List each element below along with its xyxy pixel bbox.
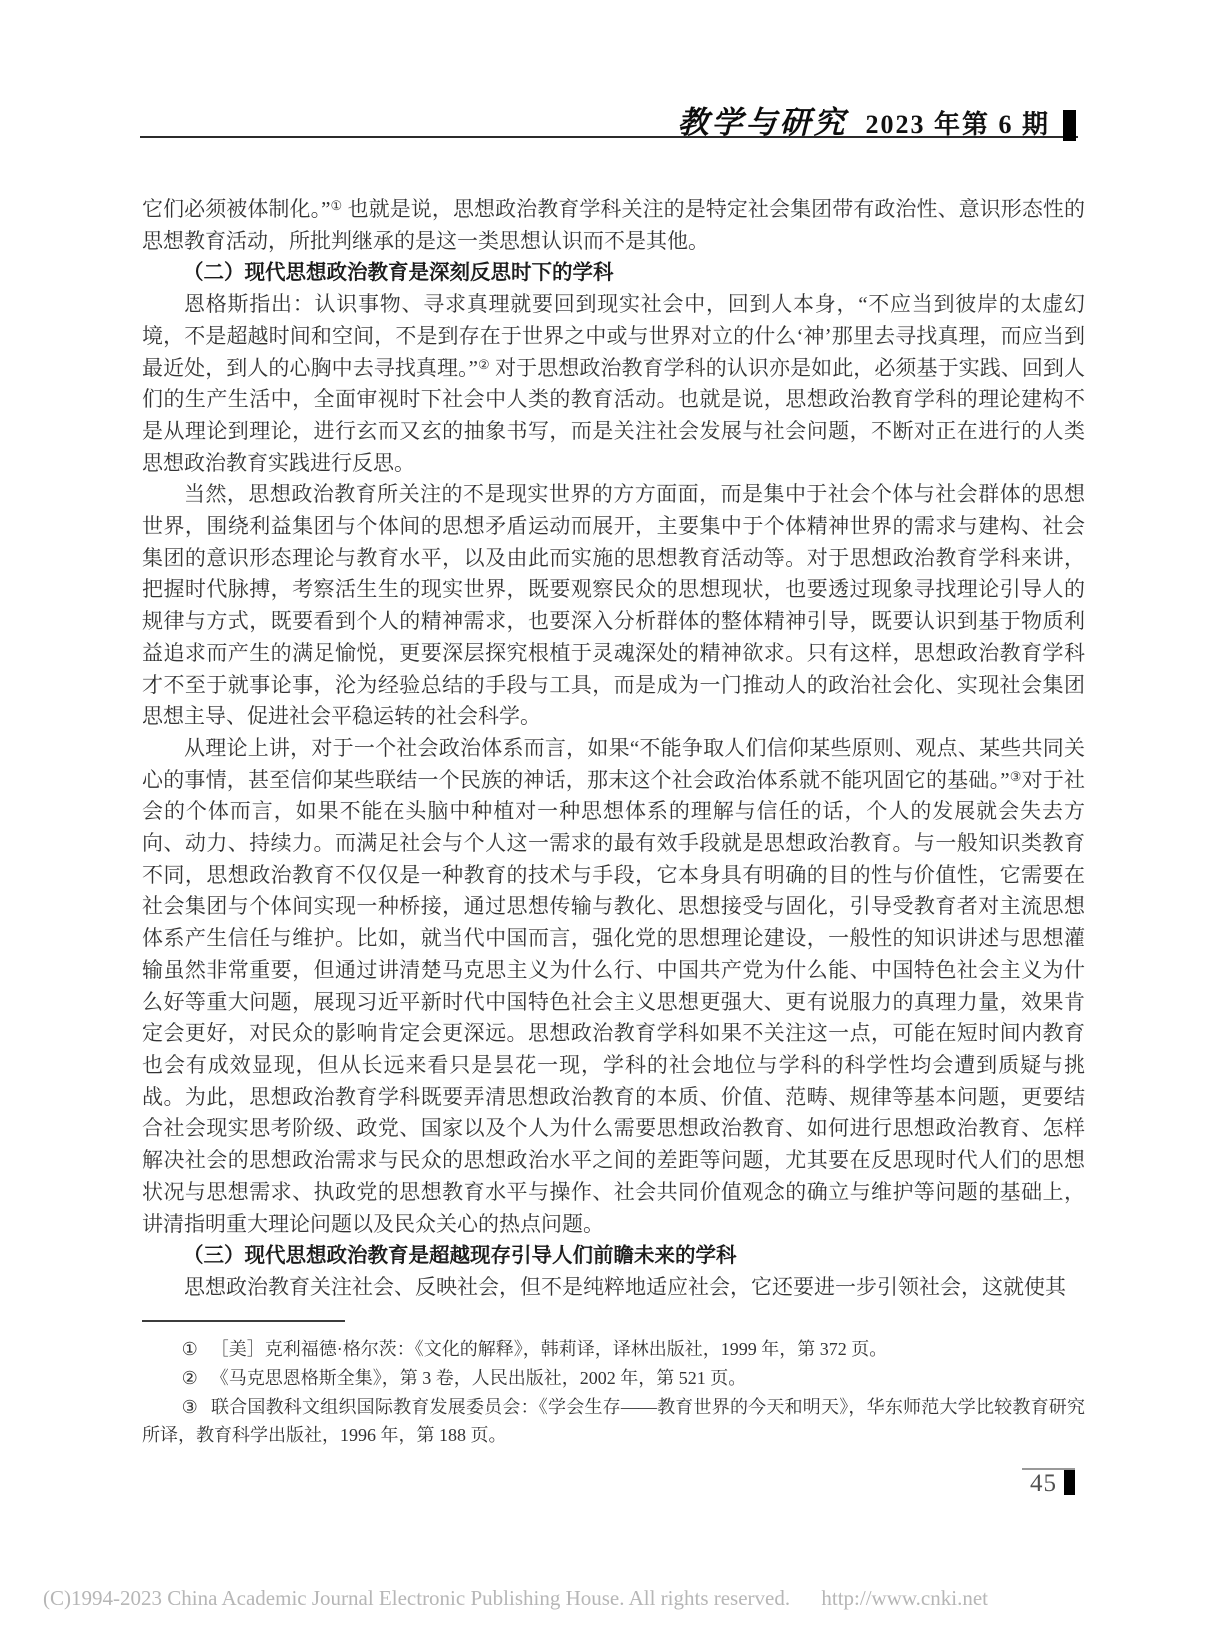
footnote-marker: ③ xyxy=(182,1397,198,1417)
page-number: 45 xyxy=(1030,1470,1057,1497)
footnote-ref-3: ③ xyxy=(1010,769,1022,784)
paragraph: 恩格斯指出：认识事物、寻求真理就要回到现实社会中，回到人本身，“不应当到彼岸的太… xyxy=(142,289,1085,479)
paragraph: 当然，思想政治教育所关注的不是现实世界的方方面面，而是集中于社会个体与社会群体的… xyxy=(142,479,1085,733)
paragraph-text: 从理论上讲，对于一个社会政治体系而言，如果“不能争取人们信仰某些原则、观点、某些… xyxy=(142,736,1085,792)
section-heading-3: （三）现代思想政治教育是超越现存引导人们前瞻未来的学科 xyxy=(142,1240,1085,1272)
paragraph-continued: 它们必须被体制化。”① 也就是说，思想政治教育学科关注的是特定社会集团带有政治性… xyxy=(142,194,1085,257)
footnotes-section: ①［美］克利福德·格尔茨：《文化的解释》，韩莉译，译林出版社，1999 年，第 … xyxy=(142,1320,1085,1450)
footnote-text: ［美］克利福德·格尔茨：《文化的解释》，韩莉译，译林出版社，1999 年，第 3… xyxy=(211,1339,888,1359)
page-number-black-bar-decoration xyxy=(1064,1470,1075,1495)
paragraph: 从理论上讲，对于一个社会政治体系而言，如果“不能争取人们信仰某些原则、观点、某些… xyxy=(142,733,1085,1240)
journal-scan-page: 教学与研究 2023 年第 6 期 它们必须被体制化。”① 也就是说，思想政治教… xyxy=(0,0,1224,1649)
cnki-url-text: http://www.cnki.net xyxy=(821,1586,988,1610)
journal-title: 教学与研究 xyxy=(677,105,847,141)
footnote-item: ③联合国教科文组织国际教育发展委员会：《学会生存——教育世界的今天和明天》，华东… xyxy=(142,1393,1085,1451)
footnote-item: ①［美］克利福德·格尔茨：《文化的解释》，韩莉译，译林出版社，1999 年，第 … xyxy=(142,1335,1085,1364)
paragraph: 思想政治教育关注社会、反映社会，但不是纯粹地适应社会，它还要进一步引领社会，这就… xyxy=(142,1272,1085,1304)
article-body: 它们必须被体制化。”① 也就是说，思想政治教育学科关注的是特定社会集团带有政治性… xyxy=(142,194,1085,1304)
paragraph-text: 它们必须被体制化。” xyxy=(142,197,330,221)
footnote-text: 《马克思恩格斯全集》，第 3 卷，人民出版社，2002 年，第 521 页。 xyxy=(211,1368,747,1388)
paragraph-text: 对于社会的个体而言，如果不能在头脑中种植对一种思想体系的理解与信任的话，个人的发… xyxy=(142,768,1085,1236)
issue-label: 2023 年第 6 期 xyxy=(865,110,1050,139)
copyright-text: (C)1994-2023 China Academic Journal Elec… xyxy=(43,1586,790,1610)
page-header: 教学与研究 2023 年第 6 期 xyxy=(140,97,1078,138)
footnote-ref-2: ② xyxy=(478,357,490,372)
section-heading-2: （二）现代思想政治教育是深刻反思时下的学科 xyxy=(142,257,1085,289)
footnote-marker: ① xyxy=(182,1339,198,1359)
footnote-ref-1: ① xyxy=(330,198,342,213)
page-number-block: 45 xyxy=(1022,1468,1075,1495)
footnote-item: ②《马克思恩格斯全集》，第 3 卷，人民出版社，2002 年，第 521 页。 xyxy=(142,1364,1085,1393)
copyright-footer: (C)1994-2023 China Academic Journal Elec… xyxy=(43,1586,988,1611)
header-text: 教学与研究 2023 年第 6 期 xyxy=(677,97,1078,142)
header-black-bar-decoration xyxy=(1063,110,1076,141)
footnote-text: 联合国教科文组织国际教育发展委员会：《学会生存——教育世界的今天和明天》，华东师… xyxy=(142,1397,1085,1446)
footnote-marker: ② xyxy=(182,1368,198,1388)
footnote-separator-rule xyxy=(142,1320,345,1322)
